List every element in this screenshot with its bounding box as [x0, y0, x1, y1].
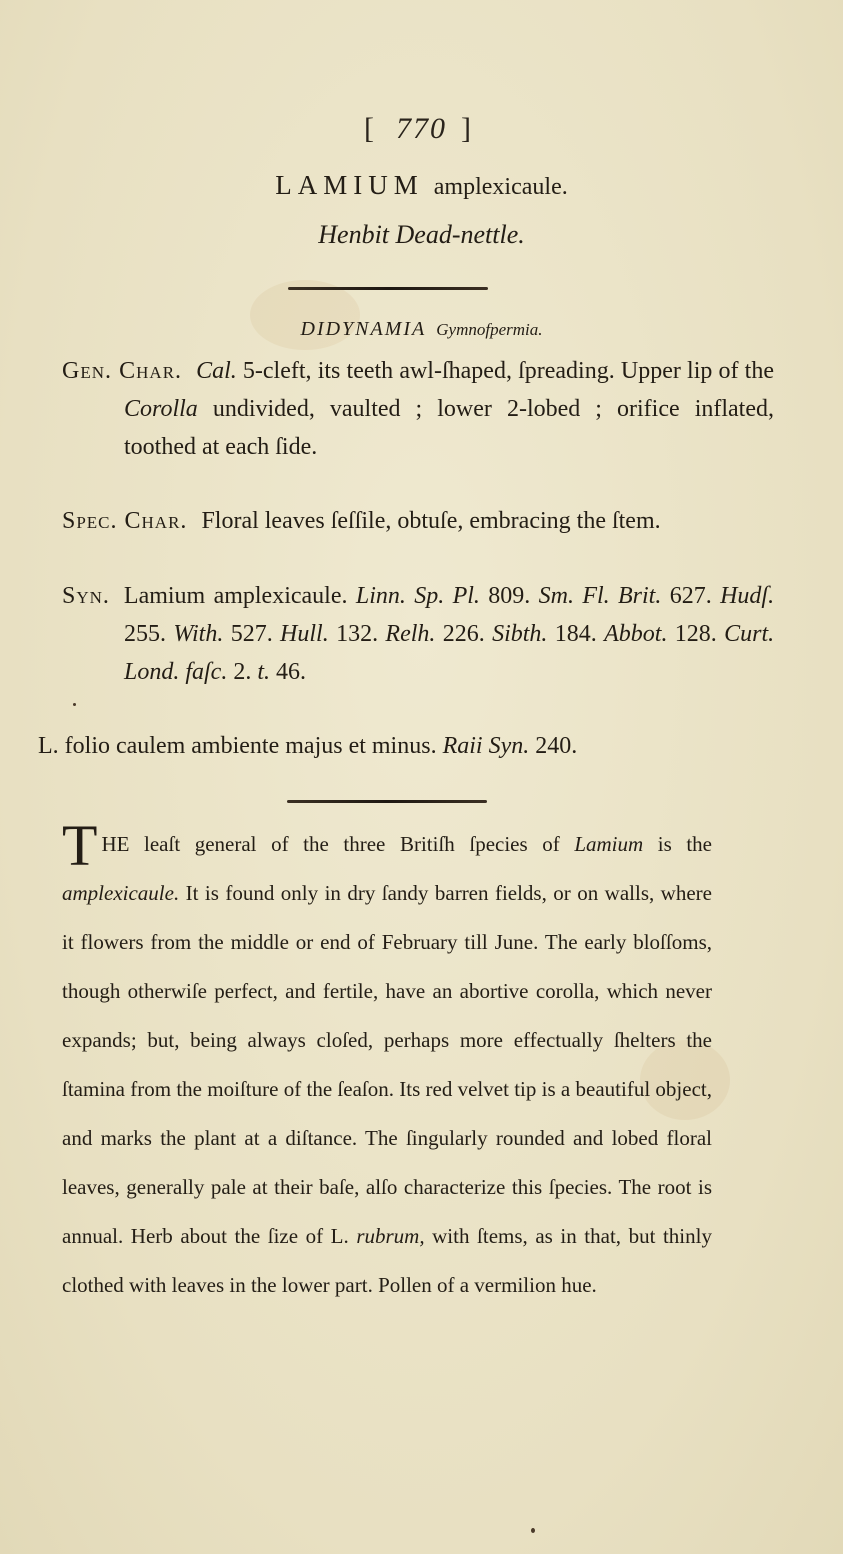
syn-second-text: L. folio caulem ambiente majus et minus.	[38, 733, 437, 759]
gen-char-text: Cal.	[196, 358, 237, 384]
body-text: is the	[643, 832, 712, 856]
book-page: [770] LAMIUMamplexicaule. Henbit Dead-ne…	[0, 0, 843, 1554]
syn-ref: Hudſ.	[720, 583, 774, 609]
syn-ref-num: 527.	[231, 621, 273, 647]
gen-char-label: Gen. Char.	[62, 358, 182, 384]
syn-ref: Abbot.	[604, 621, 667, 647]
bracket-right: ]	[461, 112, 479, 145]
spec-char-label: Spec. Char.	[62, 508, 187, 534]
description-paragraph: THE leaſt general of the three Britiſh ſ…	[62, 820, 712, 1310]
page-number-value: 770	[396, 112, 447, 145]
gen-char-text: 5-cleft, its teeth awl-ſhaped, ſpreading…	[237, 358, 774, 384]
linnaean-class: DIDYNAMIA	[301, 318, 427, 340]
syn-ref: Raii Syn.	[443, 733, 530, 759]
syn-ref-num: 128.	[675, 621, 717, 647]
divider-rule	[287, 800, 487, 803]
common-name: Henbit Dead-nettle.	[0, 220, 843, 250]
syn-ref-num: 627.	[670, 583, 712, 609]
syn-ref-num: 2.	[233, 659, 251, 685]
generic-character: Gen. Char.Cal. 5-cleft, its teeth awl-ſh…	[62, 352, 774, 466]
species-name: amplexicaule.	[434, 174, 568, 200]
ink-speck	[531, 1528, 535, 1533]
divider-rule	[288, 287, 488, 290]
gen-char-text: Corolla	[124, 396, 198, 422]
syn-ref-num: 240.	[535, 733, 577, 759]
linnaean-order: Gymnofpermia.	[436, 320, 542, 339]
body-text: It is found only in dry ſandy barren fie…	[62, 881, 712, 1248]
synonym-ray: L. folio caulem ambiente majus et minus.…	[100, 727, 712, 765]
body-italic: amplexicaule.	[62, 881, 179, 905]
syn-ref: Relh.	[385, 621, 435, 647]
syn-ref: Linn. Sp. Pl.	[356, 583, 480, 609]
syn-ref-num: 184.	[555, 621, 597, 647]
syn-ref: t.	[257, 659, 270, 685]
syn-ref-num: 226.	[443, 621, 485, 647]
syn-ref-num: 809.	[488, 583, 530, 609]
synonyms: Syn.Lamium amplexicaule. Linn. Sp. Pl. 8…	[62, 577, 774, 691]
drop-cap: T	[62, 824, 97, 868]
classification: DIDYNAMIAGymnofpermia.	[0, 318, 843, 341]
syn-ref: Hull.	[280, 621, 329, 647]
page-number: [770]	[0, 112, 843, 146]
syn-ref: Sibth.	[492, 621, 547, 647]
spec-char-text: Floral leaves ſeſſile, obtuſe, embracing…	[201, 508, 660, 534]
bracket-left: [	[364, 112, 382, 145]
syn-ref-num: 132.	[336, 621, 378, 647]
syn-ref-num: 255.	[124, 621, 166, 647]
specific-character: Spec. Char.Floral leaves ſeſſile, obtuſe…	[62, 502, 774, 540]
genus-name: LAMIUM	[275, 170, 424, 200]
body-italic: rubrum,	[356, 1224, 424, 1248]
body-italic: Lamium	[574, 832, 643, 856]
syn-label: Syn.	[62, 583, 110, 609]
page-title: LAMIUMamplexicaule.	[0, 170, 843, 201]
gen-char-text: undivided, vaulted ; lower 2-lobed ; ori…	[124, 396, 774, 460]
syn-ref: Sm. Fl. Brit.	[539, 583, 662, 609]
body-text: HE leaſt general of the three Britiſh ſp…	[101, 832, 574, 856]
syn-lead: Lamium amplexicaule.	[124, 583, 348, 609]
ink-speck	[73, 703, 76, 706]
syn-ref: With.	[173, 621, 223, 647]
syn-ref-num: 46.	[276, 659, 306, 685]
